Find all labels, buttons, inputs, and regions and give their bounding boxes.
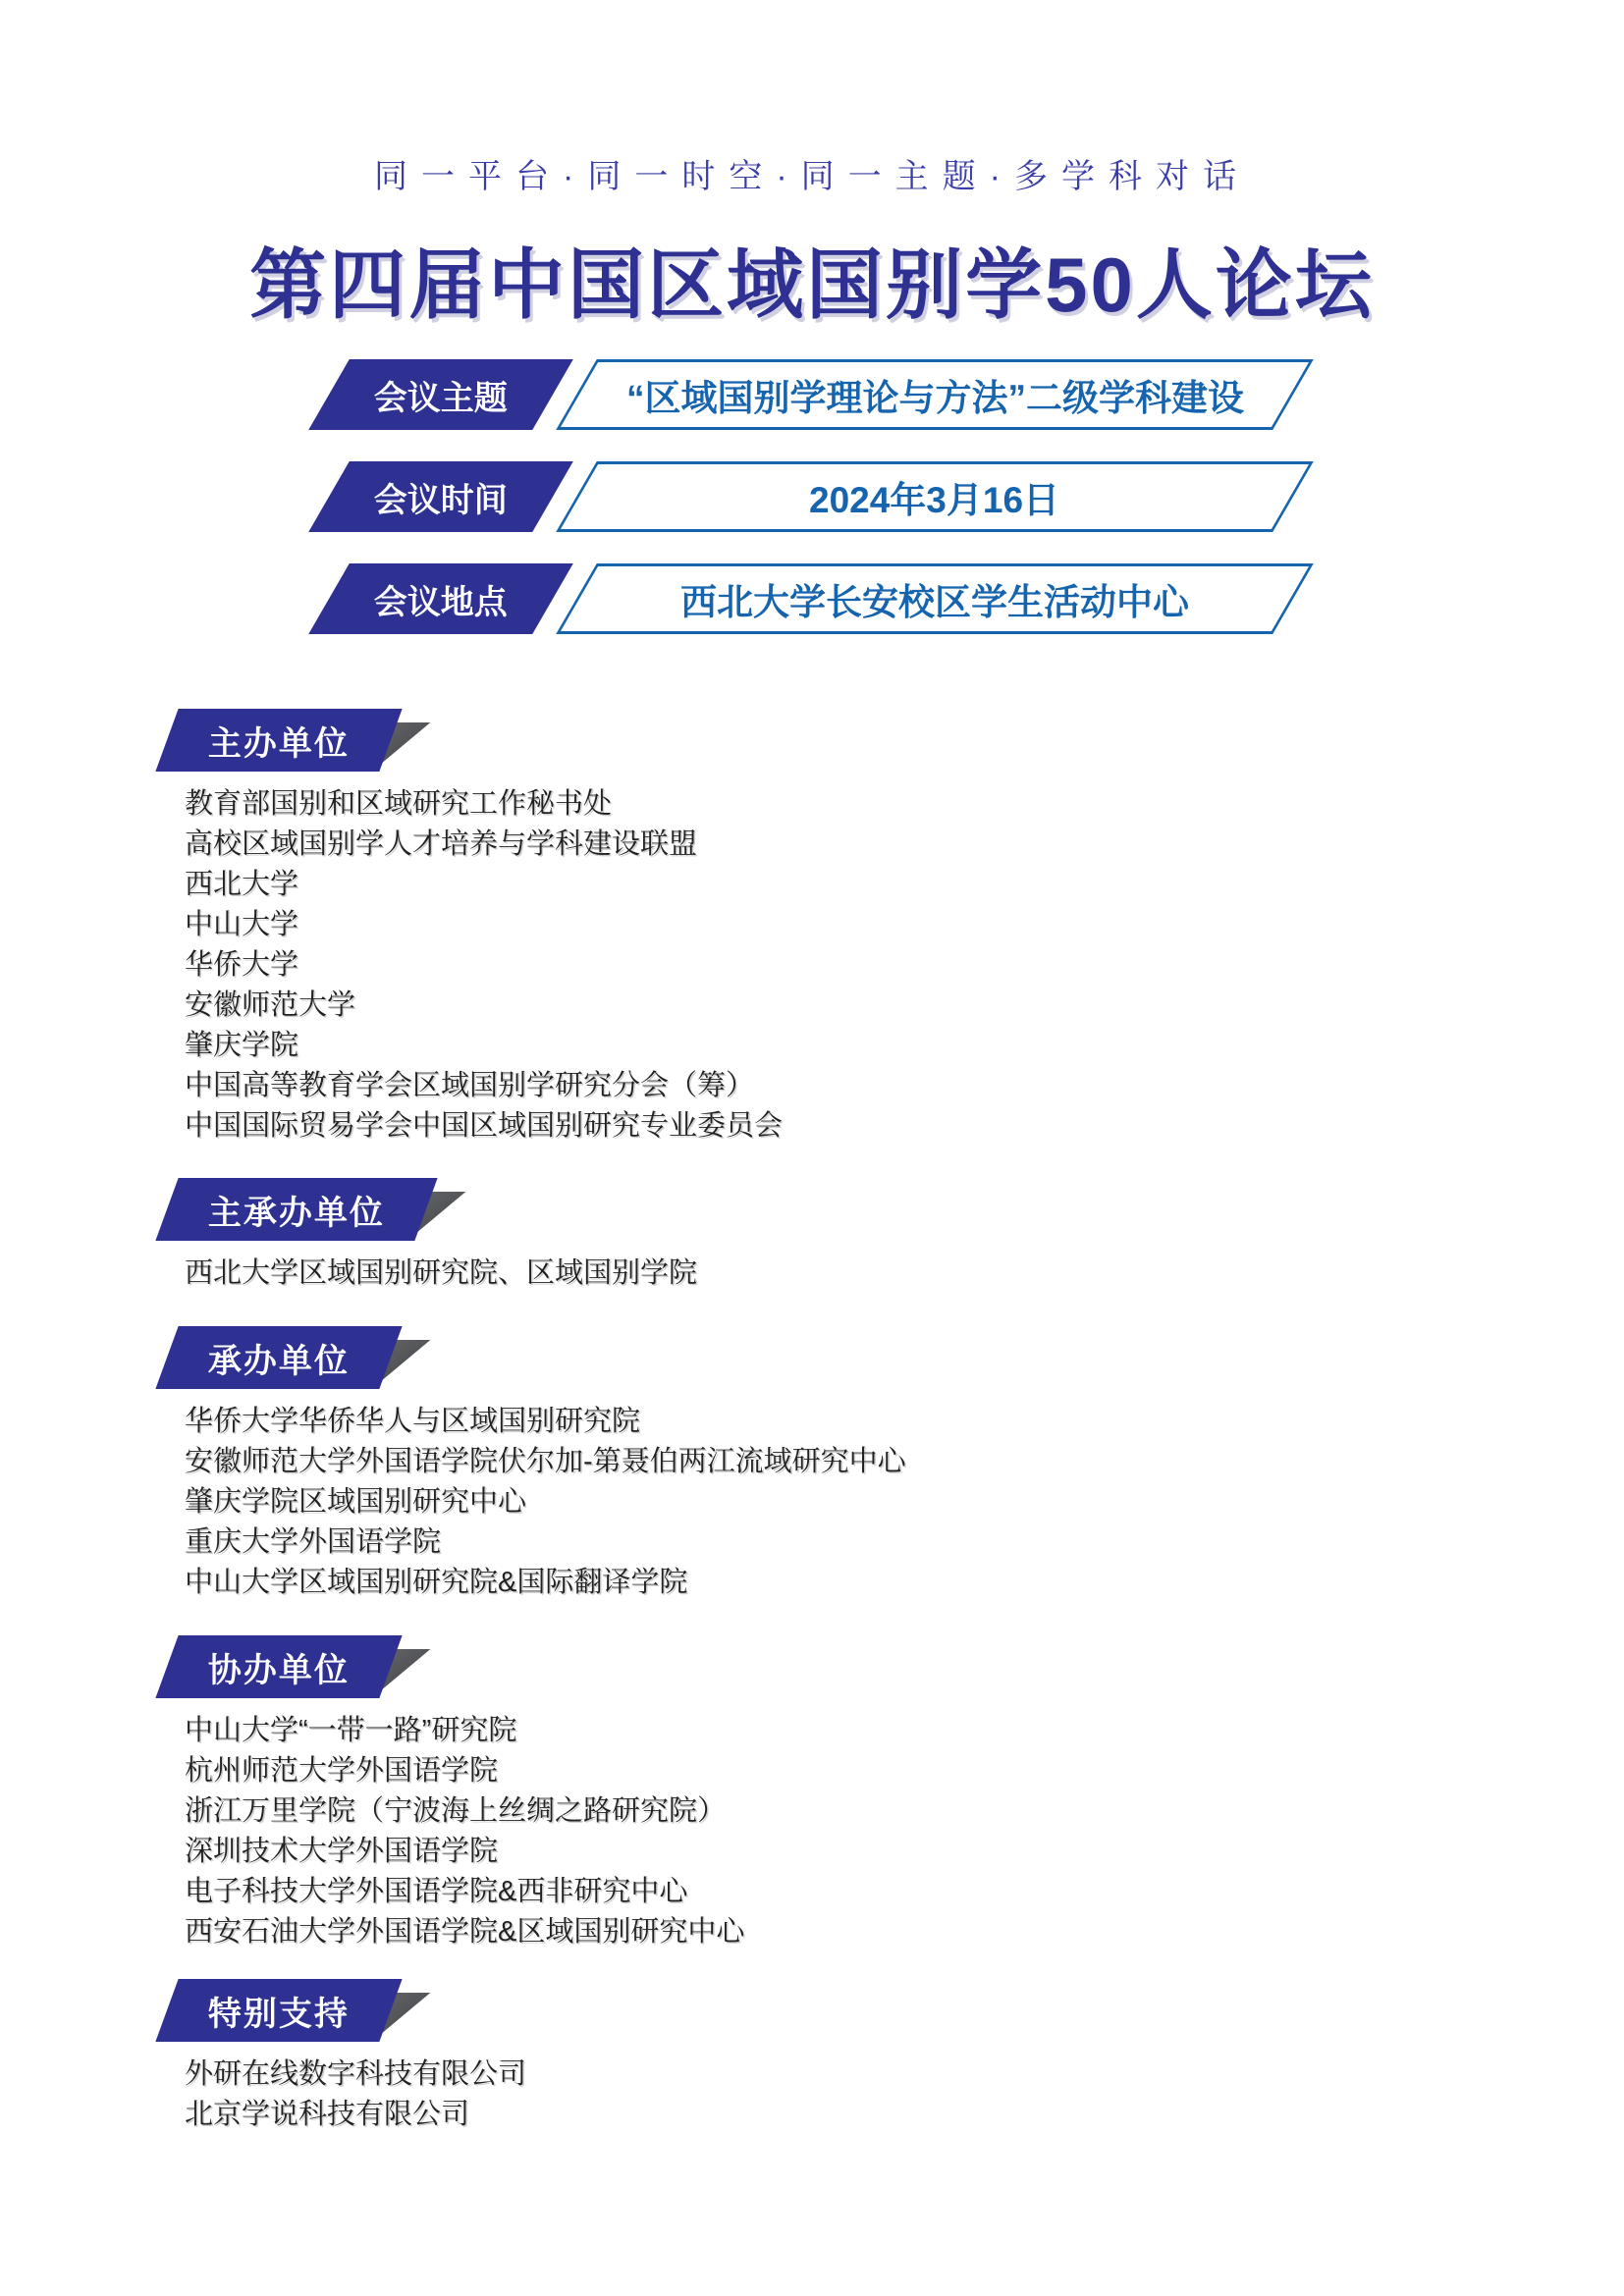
org-list-item: 中山大学“一带一路”研究院 [185, 1711, 744, 1751]
section-ribbon-face: 特别支持 [155, 1979, 402, 2042]
info-value-venue-text: 西北大学长安校区学生活动中心 [680, 572, 1189, 625]
org-list-chief-organizer: 西北大学区域国别研究院、区域国别学院 [185, 1254, 697, 1294]
org-list-item: 华侨大学 [185, 945, 783, 986]
org-list-item: 高校区域国别学人才培养与学科建设联盟 [185, 825, 783, 865]
info-value-theme: “区域国别学理论与方法”二级学科建设 [556, 359, 1314, 430]
section-ribbon-face: 承办单位 [155, 1326, 402, 1389]
section-co-organizers: 协办单位 中山大学“一带一路”研究院 杭州师范大学外国语学院 浙江万里学院（宁波… [167, 1635, 744, 1952]
info-row-theme: 会议主题 “区域国别学理论与方法”二级学科建设 [329, 359, 1293, 430]
org-list-item: 电子科技大学外国语学院&西非研究中心 [185, 1872, 744, 1912]
poster-page: 同一平台·同一时空·同一主题·多学科对话 第四届中国区域国别学50人论坛 会议主… [0, 0, 1624, 2296]
info-label-venue-text: 会议地点 [374, 575, 508, 623]
conference-title: 第四届中国区域国别学50人论坛 [0, 224, 1624, 334]
info-value-time: 2024年3月16日 [556, 461, 1314, 532]
org-list-item: 肇庆学院区域国别研究中心 [185, 1482, 906, 1522]
org-list-item: 安徽师范大学 [185, 986, 783, 1026]
info-value-time-text: 2024年3月16日 [809, 470, 1059, 523]
section-ribbon-chief-organizer: 主承办单位 [167, 1178, 426, 1241]
org-list-item: 华侨大学华侨华人与区域国别研究院 [185, 1402, 906, 1442]
info-label-time-text: 会议时间 [374, 473, 508, 521]
section-ribbon-face: 主办单位 [155, 709, 402, 772]
section-title: 主办单位 [208, 717, 350, 765]
org-list-item: 中国高等教育学会区域国别学研究分会（筹） [185, 1066, 783, 1106]
section-special-support: 特别支持 外研在线数字科技有限公司 北京学说科技有限公司 [167, 1979, 526, 2135]
section-title: 协办单位 [208, 1643, 350, 1691]
info-label-time: 会议时间 [308, 461, 573, 532]
org-list-item: 杭州师范大学外国语学院 [185, 1751, 744, 1791]
info-row-venue: 会议地点 西北大学长安校区学生活动中心 [329, 563, 1293, 634]
section-chief-organizer: 主承办单位 西北大学区域国别研究院、区域国别学院 [167, 1178, 697, 1294]
org-list-hosts: 教育部国别和区域研究工作秘书处 高校区域国别学人才培养与学科建设联盟 西北大学 … [185, 784, 783, 1147]
section-ribbon-face: 协办单位 [155, 1635, 402, 1698]
section-title: 承办单位 [208, 1334, 350, 1382]
section-title: 主承办单位 [208, 1186, 385, 1234]
org-list-item: 重庆大学外国语学院 [185, 1522, 906, 1563]
conference-tagline: 同一平台·同一时空·同一主题·多学科对话 [0, 149, 1624, 197]
info-label-venue: 会议地点 [308, 563, 573, 634]
section-organizers: 承办单位 华侨大学华侨华人与区域国别研究院 安徽师范大学外国语学院伏尔加-第聂伯… [167, 1326, 906, 1603]
org-list-organizers: 华侨大学华侨华人与区域国别研究院 安徽师范大学外国语学院伏尔加-第聂伯两江流域研… [185, 1402, 906, 1603]
org-list-item: 肇庆学院 [185, 1026, 783, 1066]
org-list-item: 中山大学 [185, 905, 783, 945]
section-ribbon-hosts: 主办单位 [167, 709, 391, 772]
info-label-theme: 会议主题 [308, 359, 573, 430]
section-title: 特别支持 [208, 1987, 350, 2035]
org-list-item: 中山大学区域国别研究院&国际翻译学院 [185, 1563, 906, 1603]
section-ribbon-special-support: 特别支持 [167, 1979, 391, 2042]
conference-info-rows: 会议主题 “区域国别学理论与方法”二级学科建设 会议时间 2024年3月16日 … [329, 359, 1293, 666]
section-ribbon-organizers: 承办单位 [167, 1326, 391, 1389]
section-hosts: 主办单位 教育部国别和区域研究工作秘书处 高校区域国别学人才培养与学科建设联盟 … [167, 709, 783, 1147]
section-ribbon-co-organizers: 协办单位 [167, 1635, 391, 1698]
org-list-co-organizers: 中山大学“一带一路”研究院 杭州师范大学外国语学院 浙江万里学院（宁波海上丝绸之… [185, 1711, 744, 1952]
org-list-item: 中国国际贸易学会中国区域国别研究专业委员会 [185, 1106, 783, 1147]
org-list-item: 西北大学区域国别研究院、区域国别学院 [185, 1254, 697, 1294]
org-list-special-support: 外研在线数字科技有限公司 北京学说科技有限公司 [185, 2055, 526, 2135]
org-list-item: 浙江万里学院（宁波海上丝绸之路研究院） [185, 1791, 744, 1832]
org-list-item: 深圳技术大学外国语学院 [185, 1832, 744, 1872]
info-label-theme-text: 会议主题 [374, 371, 508, 419]
section-ribbon-face: 主承办单位 [155, 1178, 437, 1241]
org-list-item: 教育部国别和区域研究工作秘书处 [185, 784, 783, 825]
org-list-item: 西安石油大学外国语学院&区域国别研究中心 [185, 1912, 744, 1952]
org-list-item: 外研在线数字科技有限公司 [185, 2055, 526, 2095]
org-list-item: 安徽师范大学外国语学院伏尔加-第聂伯两江流域研究中心 [185, 1442, 906, 1482]
org-list-item: 西北大学 [185, 865, 783, 905]
info-value-theme-text: “区域国别学理论与方法”二级学科建设 [626, 368, 1244, 421]
org-list-item: 北京学说科技有限公司 [185, 2095, 526, 2135]
info-value-venue: 西北大学长安校区学生活动中心 [556, 563, 1314, 634]
info-row-time: 会议时间 2024年3月16日 [329, 461, 1293, 532]
